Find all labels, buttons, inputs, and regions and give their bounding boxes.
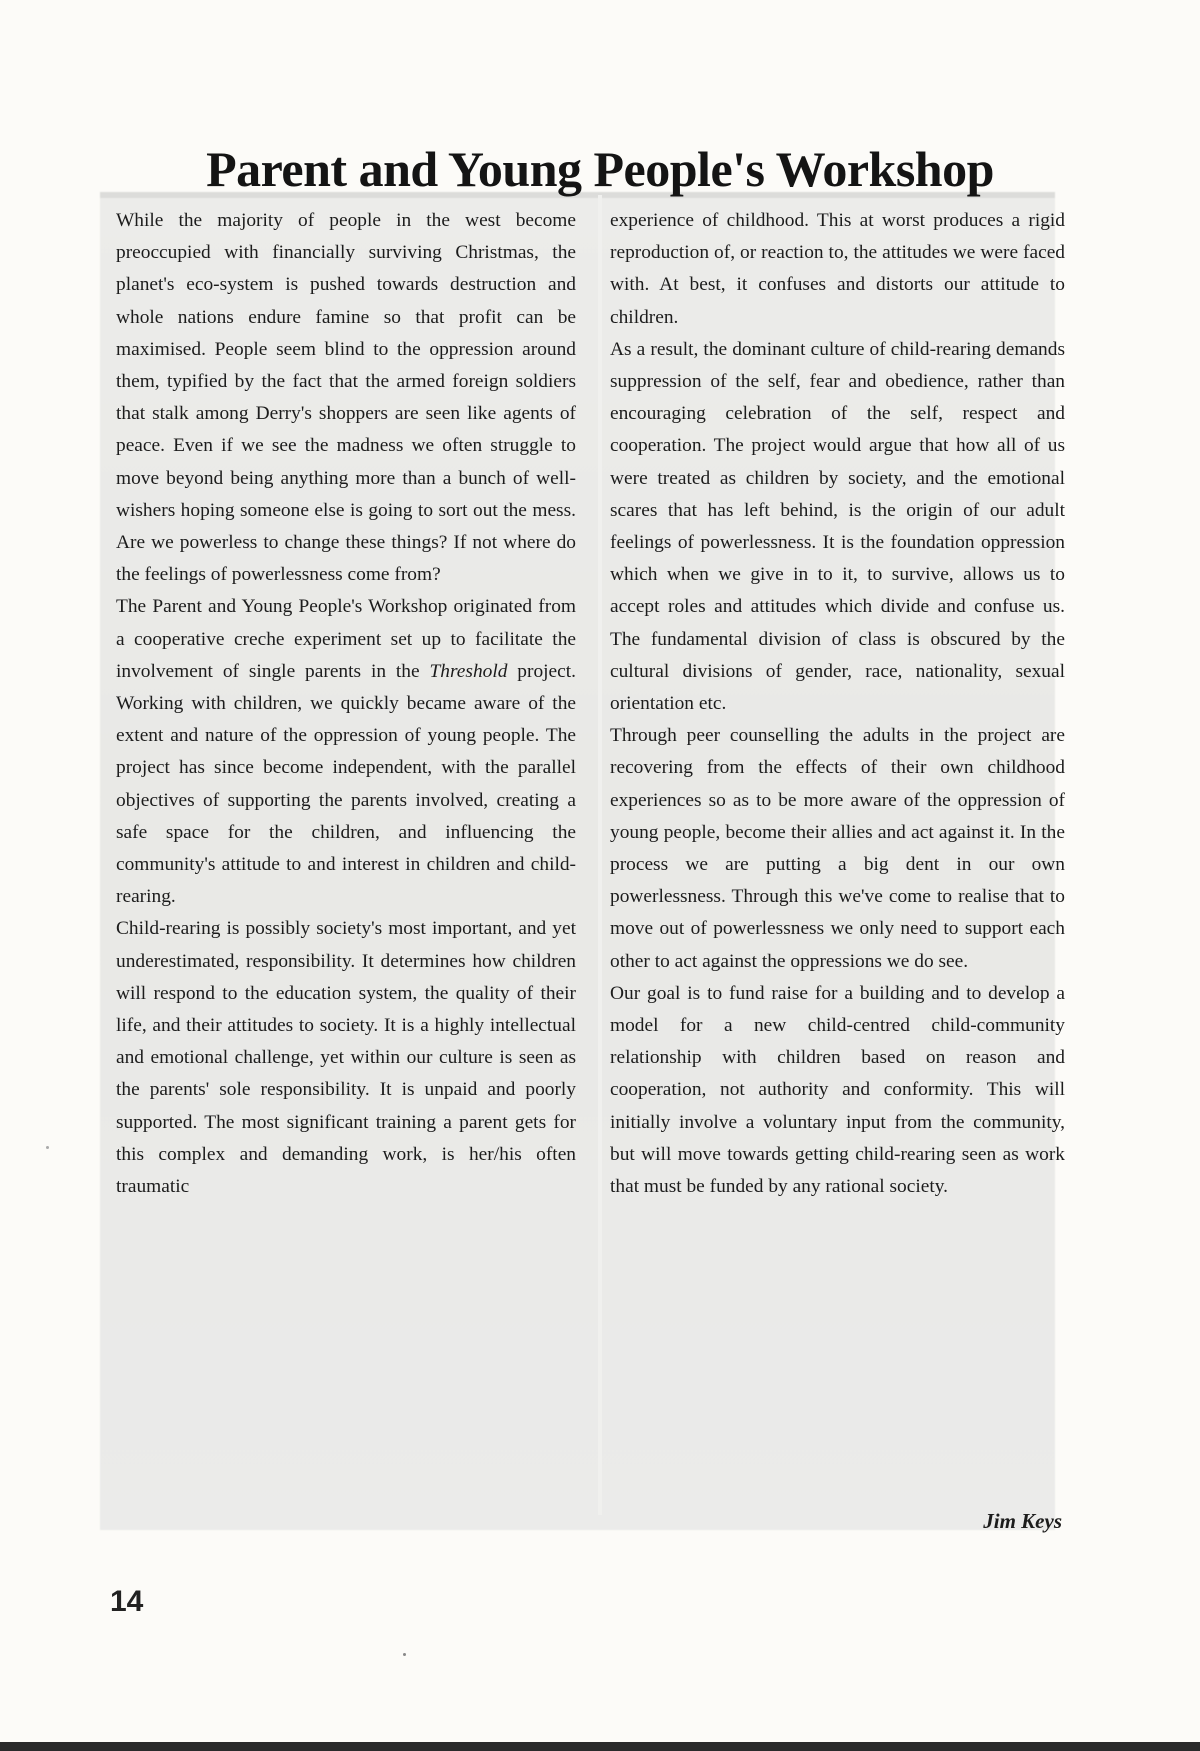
paragraph: While the majority of people in the west… (116, 205, 576, 591)
left-column: While the majority of people in the west… (116, 205, 576, 1203)
print-speck (46, 1146, 49, 1149)
page-title: Parent and Young People's Workshop (0, 140, 1200, 198)
paragraph: Our goal is to fund raise for a building… (610, 978, 1065, 1203)
paragraph: The Parent and Young People's Workshop o… (116, 591, 576, 913)
author-signature: Jim Keys (900, 1509, 1062, 1534)
page-number: 14 (110, 1585, 143, 1619)
paragraph: As a result, the dominant culture of chi… (610, 334, 1065, 720)
paragraph: Child-rearing is possibly society's most… (116, 913, 576, 1203)
paragraph: experience of childhood. This at worst p… (610, 205, 1065, 334)
paragraph: Through peer counselling the adults in t… (610, 720, 1065, 978)
scan-edge (0, 1742, 1200, 1751)
project-name-italic: Threshold (429, 661, 507, 682)
print-speck (403, 1653, 406, 1656)
right-column: experience of childhood. This at worst p… (610, 205, 1065, 1203)
column-gutter (598, 195, 602, 1515)
